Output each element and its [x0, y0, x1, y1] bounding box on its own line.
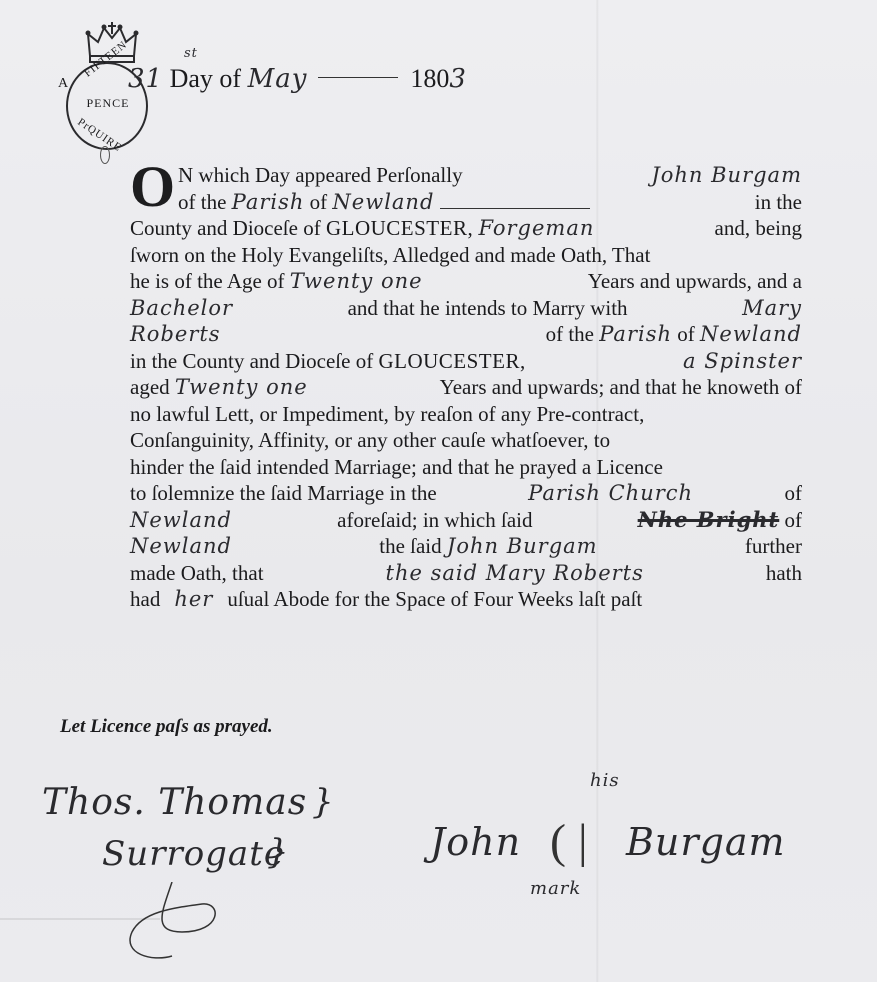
body-line: N which Day appeared Perſonally John Bur… — [130, 162, 802, 189]
stamp-ring-bottom: PrQUIRE — [75, 116, 123, 154]
surrogate-signature: Thos. Thomas } Surrogate } — [42, 782, 342, 952]
body-line: County and Dioceſe of GLOUCESTER, Forgem… — [130, 215, 802, 242]
church-parish: Newland — [130, 507, 232, 534]
marriage-church: Parish Church — [528, 480, 693, 507]
body-line: Roberts of the Parish of Newland — [130, 321, 802, 348]
date-dash — [318, 77, 398, 78]
day-of-label: Day of — [170, 64, 241, 93]
groom-parish: Newland — [332, 190, 434, 214]
mark-label: mark — [530, 878, 581, 899]
bride-parish-label: Parish — [599, 322, 672, 346]
bride-status: a Spinster — [683, 348, 802, 375]
groom-name-repeat: John Burgam — [447, 534, 598, 558]
groom-mark-signature: his John ( | Burgam mark — [430, 770, 870, 930]
year-printed: 180 — [410, 64, 449, 93]
county-name: GLOUCESTER, — [378, 349, 525, 373]
body-line: Bachelor and that he intends to Marry wi… — [130, 295, 802, 322]
body-line: to ſolemnize the ſaid Marriage in the Pa… — [130, 480, 802, 507]
his-label: his — [590, 770, 620, 791]
bride-age: Twenty one — [175, 375, 308, 399]
stamp-ring-middle: PENCE — [76, 96, 140, 111]
body-line: had her uſual Abode for the Space of Fou… — [130, 586, 802, 613]
groom-first-name: John — [430, 820, 521, 864]
body-line: made Oath, that the said Mary Roberts ha… — [130, 560, 802, 587]
day-value: 31 — [128, 64, 163, 94]
brace-icon: } — [267, 832, 290, 872]
affidavit-body: N which Day appeared Perſonally John Bur… — [130, 162, 802, 613]
body-line: Newland aforeſaid; in which ſaid Nhe Bri… — [130, 507, 802, 534]
blank-line — [440, 194, 590, 209]
struck-out-name: Nhe Bright — [638, 507, 780, 532]
county-name: GLOUCESTER, — [326, 216, 473, 240]
stamp-letter: A — [58, 76, 68, 92]
residence-parish: Newland — [130, 533, 232, 560]
body-line: hinder the ſaid intended Marriage; and t… — [130, 454, 802, 481]
licence-note: Let Licence paſs as prayed. — [60, 716, 273, 738]
groom-occupation: Forgeman — [478, 216, 594, 240]
parish-label: Parish — [232, 190, 305, 214]
brace-icon: } — [312, 782, 335, 822]
stamp-tail — [100, 146, 110, 164]
bride-last-name: Roberts — [130, 321, 221, 348]
body-line: aged Twenty one Years and upwards; and t… — [130, 374, 802, 401]
residence-party: the said Mary Roberts — [386, 560, 644, 587]
groom-last-name: Burgam — [626, 820, 786, 864]
flourish-icon — [112, 882, 252, 962]
surrogate-title: Surrogate — [102, 834, 285, 874]
groom-status: Bachelor — [130, 295, 233, 322]
body-line: Conſanguinity, Affinity, or any other ca… — [130, 427, 802, 454]
body-line: ſworn on the Holy Evangeliſts, Alledged … — [130, 242, 802, 269]
bride-first-name: Mary — [742, 295, 802, 322]
day-suffix: st — [184, 46, 198, 61]
body-line: in the County and Dioceſe of GLOUCESTER,… — [130, 348, 802, 375]
groom-age: Twenty one — [290, 269, 423, 293]
body-line: of the Parish of Newland in the — [130, 189, 802, 216]
bride-parish: Newland — [700, 322, 802, 346]
body-line: no lawful Lett, or Impediment, by reaſon… — [130, 401, 802, 428]
cross-mark-icon: ( | — [550, 814, 588, 869]
date-line: 31 Day of May 1803 — [128, 64, 467, 94]
surrogate-name: Thos. Thomas — [42, 782, 307, 823]
body-line: he is of the Age of Twenty one Years and… — [130, 268, 802, 295]
month-value: May — [248, 64, 308, 94]
year-written: 3 — [449, 64, 467, 94]
groom-name: John Burgam — [651, 162, 802, 189]
residence-pronoun: her — [174, 586, 213, 613]
body-line: Newland the ſaid John Burgam further — [130, 533, 802, 560]
